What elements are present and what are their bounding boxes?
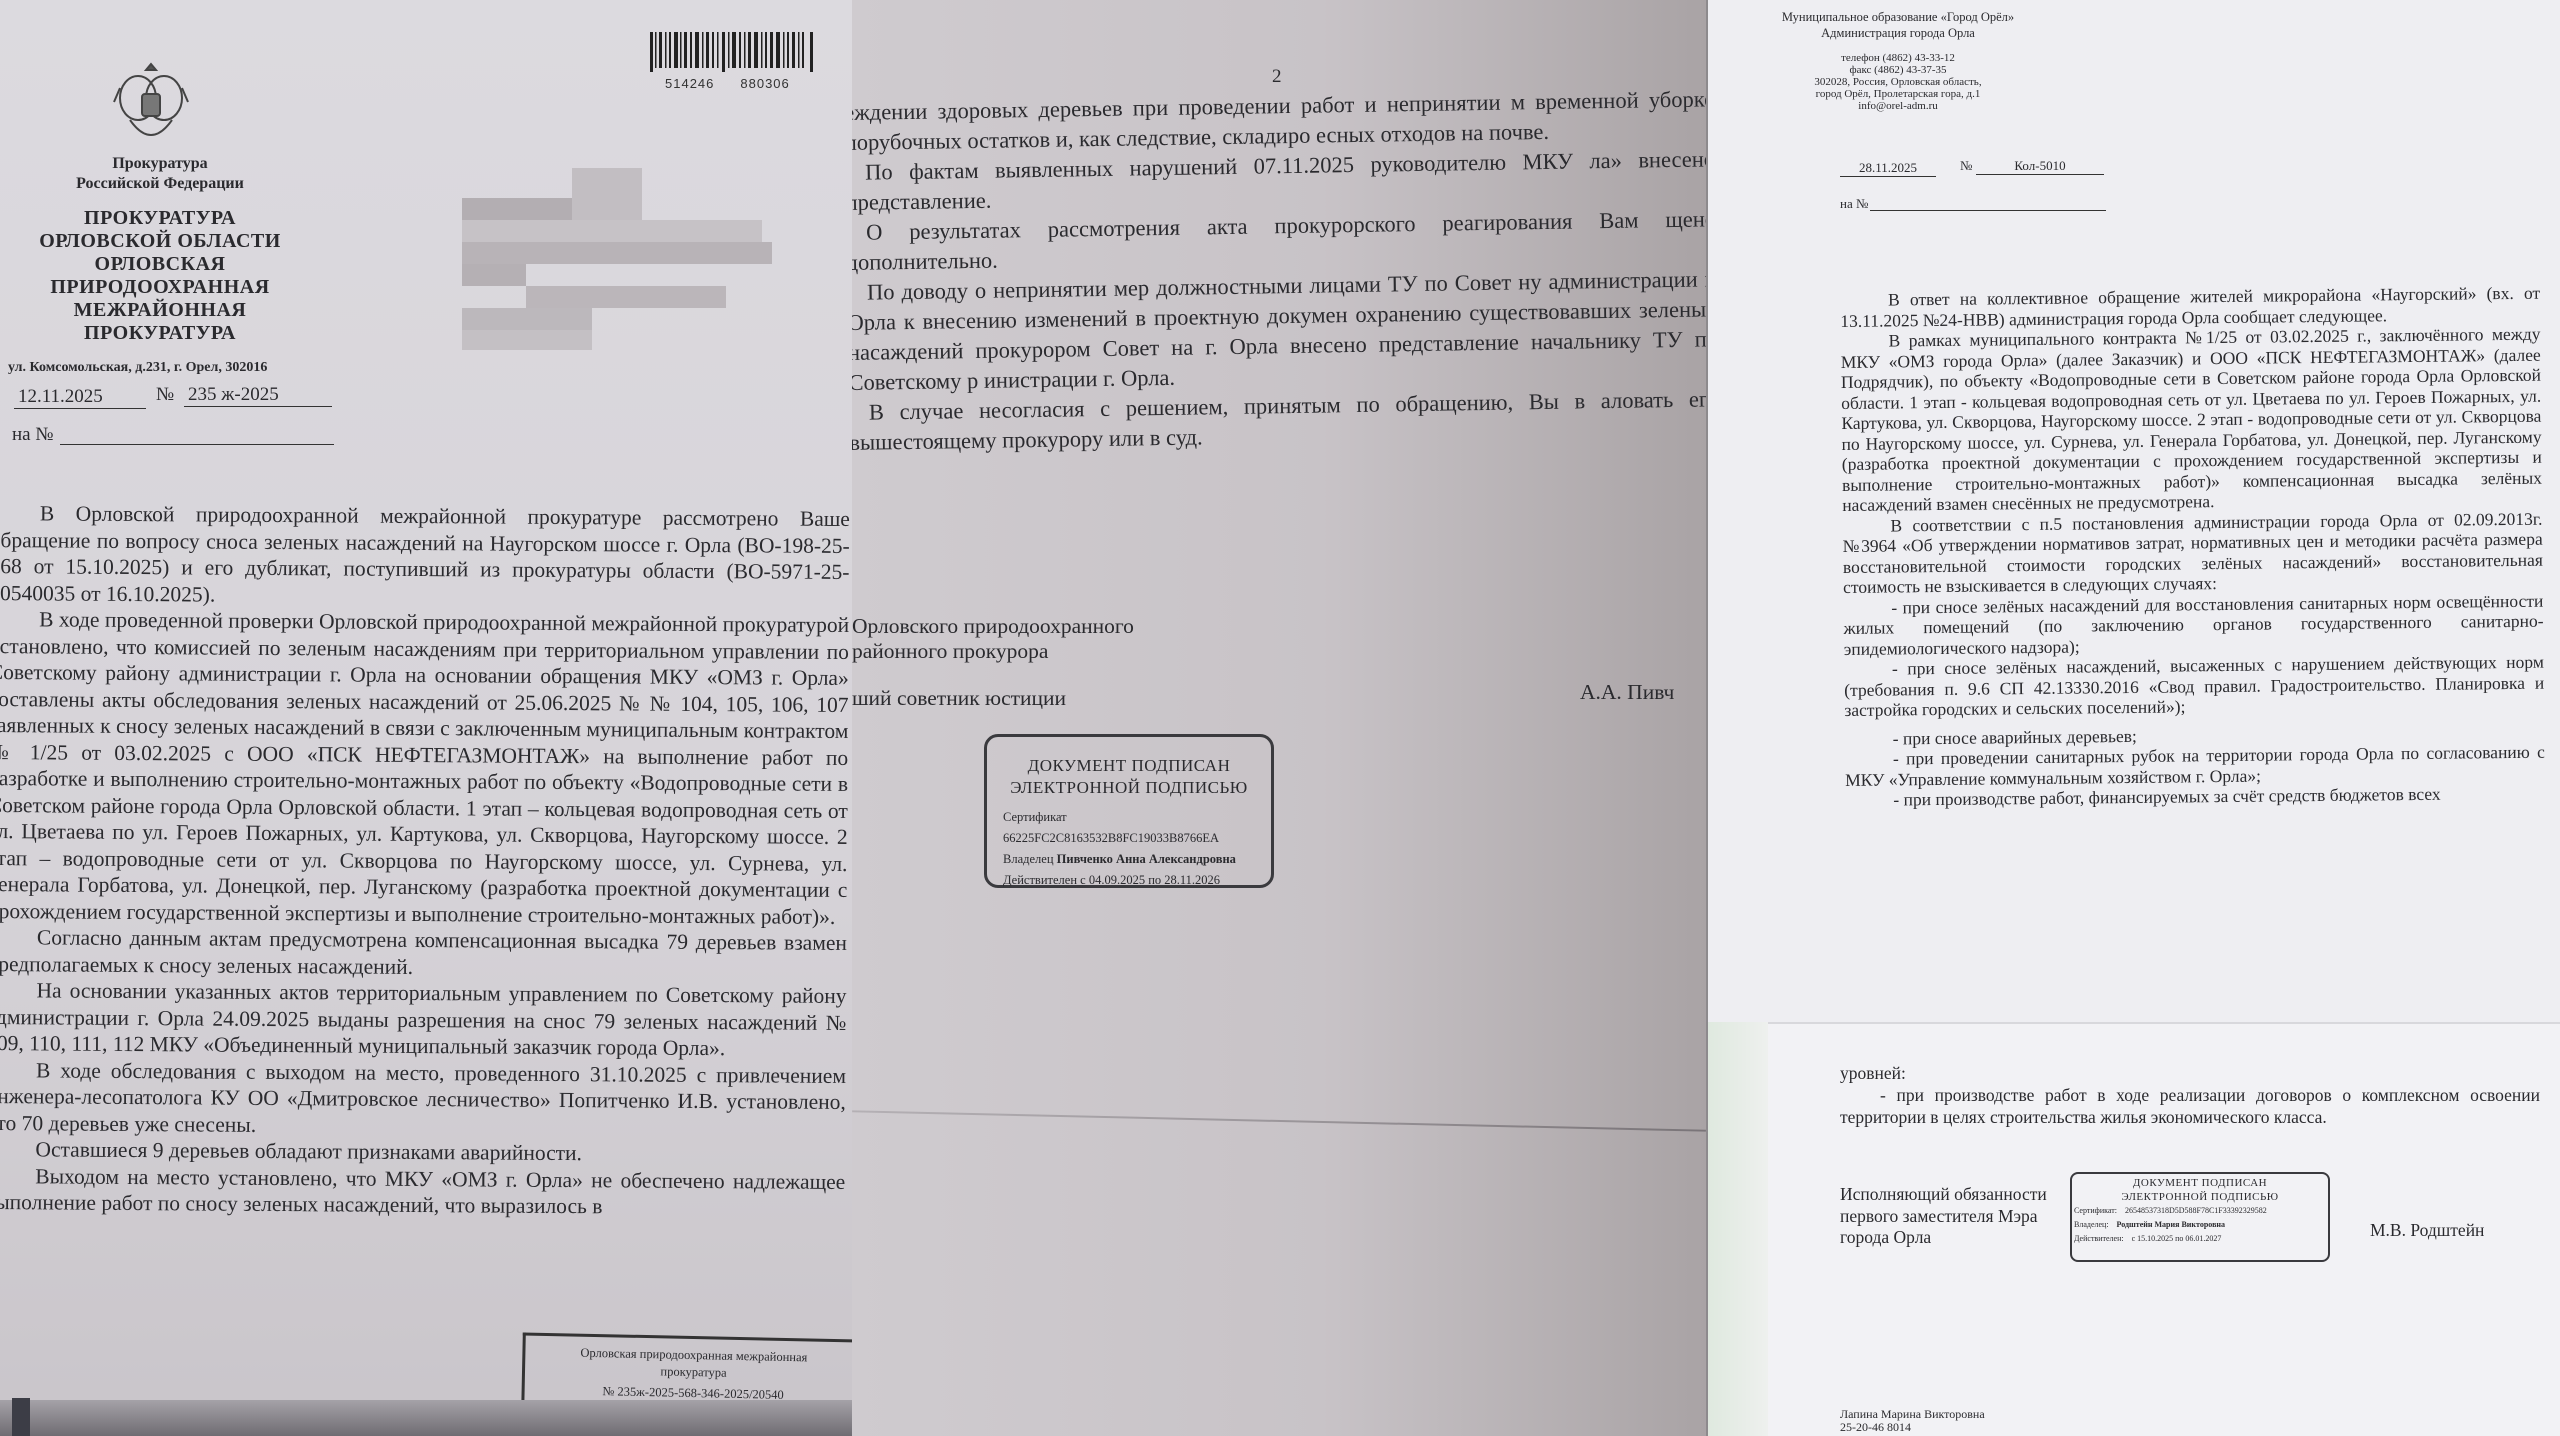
org-name-line: ПРОКУРАТУРА xyxy=(20,322,300,345)
letter-body: В Орловской природоохранной межрайонной … xyxy=(0,500,850,1221)
reply-to-label: на № xyxy=(12,424,53,446)
letter-body: В ответ на коллективное обращение жителе… xyxy=(1840,283,2545,811)
prosecutor-letter-page-2: 2 еждении здоровых деревьев при проведен… xyxy=(852,0,1706,1436)
executor-info: Лапина Марина Викторовна 25-20-46 8014 xyxy=(1840,1408,1985,1433)
redacted-recipient-block xyxy=(462,168,762,318)
esig-owner: Владелец: Родштейн Мария Викторовна xyxy=(2072,1218,2328,1232)
reply-to-field xyxy=(1870,196,2106,211)
admin-header-line: Администрация города Орла xyxy=(1768,26,2028,41)
admin-header-line: Муниципальное образование «Город Орёл» xyxy=(1768,10,2028,25)
letter-body-continued: уровней: - при производстве работ в ходе… xyxy=(1840,1062,2540,1128)
page-number: 2 xyxy=(1272,66,1282,88)
org-name-line: ПРИРОДООХРАННАЯ xyxy=(20,276,300,299)
body-paragraph: В ответ на коллективное обращение жителе… xyxy=(1840,283,2540,331)
prosecutor-letter-page-1: Прокуратура Российской Федерации ПРОКУРА… xyxy=(0,0,852,1436)
signer-name: А.А. Пивч xyxy=(1580,680,1674,705)
letter-date: 28.11.2025 xyxy=(1840,160,1936,177)
org-name-line: ОРЛОВСКОЙ ОБЛАСТИ xyxy=(20,230,300,253)
barcode-icon xyxy=(650,32,820,76)
body-paragraph: В ходе обследования с выходом на место, … xyxy=(0,1056,846,1142)
body-paragraph: Согласно данным актам предусмотрена комп… xyxy=(0,924,847,983)
letter-date: 12.11.2025 xyxy=(14,386,146,409)
esig-title: ЭЛЕКТРОННОЙ ПОДПИСЬЮ xyxy=(987,777,1271,799)
admin-phone: телефон (4862) 43-33-12 xyxy=(1768,52,2028,64)
signer-title-line: Орловского природоохранного xyxy=(852,614,1134,639)
admin-email: info@orel-adm.ru xyxy=(1768,100,2028,112)
org-address: ул. Комсомольская, д.231, г. Орел, 30201… xyxy=(8,360,267,376)
coat-of-arms-icon xyxy=(110,58,192,150)
body-paragraph: В рамках муниципального контракта №1/25 … xyxy=(1840,324,2542,516)
letter-number-label: № xyxy=(156,384,174,406)
body-paragraph: В Орловской природоохранной межрайонной … xyxy=(0,500,850,612)
esig-certificate: Сертификат: 26548537318D5D588F78C1F33392… xyxy=(2072,1204,2328,1218)
background-edge xyxy=(1708,1022,1768,1436)
body-paragraph: уровней: xyxy=(1840,1062,2540,1084)
reply-to-label: на № xyxy=(1840,196,1868,212)
signer-name: М.В. Родштейн xyxy=(2370,1218,2484,1243)
administration-letter: Муниципальное образование «Город Орёл» А… xyxy=(1708,0,2560,1436)
org-name-line: ОРЛОВСКАЯ xyxy=(20,253,300,276)
background-object xyxy=(12,1398,30,1436)
barcode-right-digits: 880306 xyxy=(740,76,789,91)
letter-number: 235 ж-2025 xyxy=(184,384,332,407)
esig-validity: Действителен: с 15.10.2025 по 06.01.2027 xyxy=(2072,1232,2328,1246)
list-item: - при сносе зелёных насаждений для восст… xyxy=(1843,590,2544,659)
executor-phone: 25-20-46 8014 xyxy=(1840,1421,1985,1434)
list-item: - при проведении санитарных рубок на тер… xyxy=(1845,742,2545,790)
letter-number: Кол-5010 xyxy=(1976,158,2104,175)
barcode-number: 514246880306 xyxy=(665,76,816,91)
signer-title-line: районного прокурора xyxy=(852,639,1134,664)
signer-title: Исполняющий обязанности первого заместит… xyxy=(1840,1184,2050,1249)
electronic-signature-stamp: ДОКУМЕНТ ПОДПИСАН ЭЛЕКТРОННОЙ ПОДПИСЬЮ С… xyxy=(2070,1172,2330,1262)
electronic-signature-stamp: ДОКУМЕНТ ПОДПИСАН ЭЛЕКТРОННОЙ ПОДПИСЬЮ С… xyxy=(984,734,1274,888)
esig-validity: Действителен с 04.09.2025 по 28.11.2026 xyxy=(987,870,1271,891)
body-paragraph: Выходом на место установлено, что МКУ «О… xyxy=(0,1162,845,1221)
executor-name: Лапина Марина Викторовна xyxy=(1840,1408,1985,1421)
esig-title: ЭЛЕКТРОННОЙ ПОДПИСЬЮ xyxy=(2072,1190,2328,1204)
list-item: - при сносе зелёных насаждений, высаженн… xyxy=(1844,652,2545,721)
esig-owner: Владелец Пивченко Анна Александровна xyxy=(987,849,1271,870)
body-paragraph: На основании указанных актов территориал… xyxy=(0,977,847,1063)
header-prosecutor-rf-line1: Прокуратура xyxy=(20,154,300,174)
admin-address: 302028, Россия, Орловская область, xyxy=(1768,76,2028,88)
org-name-line: ПРОКУРАТУРА xyxy=(20,207,300,230)
signer-title: Орловского природоохранного районного пр… xyxy=(852,614,1134,664)
admin-fax: факс (4862) 43-37-35 xyxy=(1768,64,2028,76)
barcode-left-digits: 514246 xyxy=(665,76,714,91)
letter-number-label: № xyxy=(1960,158,1972,174)
table-surface xyxy=(0,1400,852,1436)
body-paragraph: В соответствии с п.5 постановления админ… xyxy=(1842,508,2543,597)
org-name-line: МЕЖРАЙОННАЯ xyxy=(20,299,300,322)
reply-to-field xyxy=(60,426,334,445)
paper-fold xyxy=(852,1110,1706,1131)
signer-rank: ший советник юстиции xyxy=(852,686,1066,711)
esig-title: ДОКУМЕНТ ПОДПИСАН xyxy=(987,755,1271,777)
body-paragraph: В ходе проведенной проверки Орловской пр… xyxy=(0,606,849,930)
body-paragraph: По доводу о непринятии мер должностными … xyxy=(852,264,1706,398)
header-prosecutor-rf-line2: Российской Федерации xyxy=(20,174,300,194)
body-paragraph: В случае несогласия с решением, принятым… xyxy=(852,384,1706,458)
esig-certificate: Сертификат 66225FC2C8163532B8FC19033B876… xyxy=(987,807,1271,849)
list-item: - при производстве работ в ходе реализац… xyxy=(1840,1084,2540,1128)
letter-body: еждении здоровых деревьев при проведении… xyxy=(852,84,1706,458)
admin-address: город Орёл, Пролетарская гора, д.1 xyxy=(1768,88,2028,100)
esig-title: ДОКУМЕНТ ПОДПИСАН xyxy=(2072,1176,2328,1190)
